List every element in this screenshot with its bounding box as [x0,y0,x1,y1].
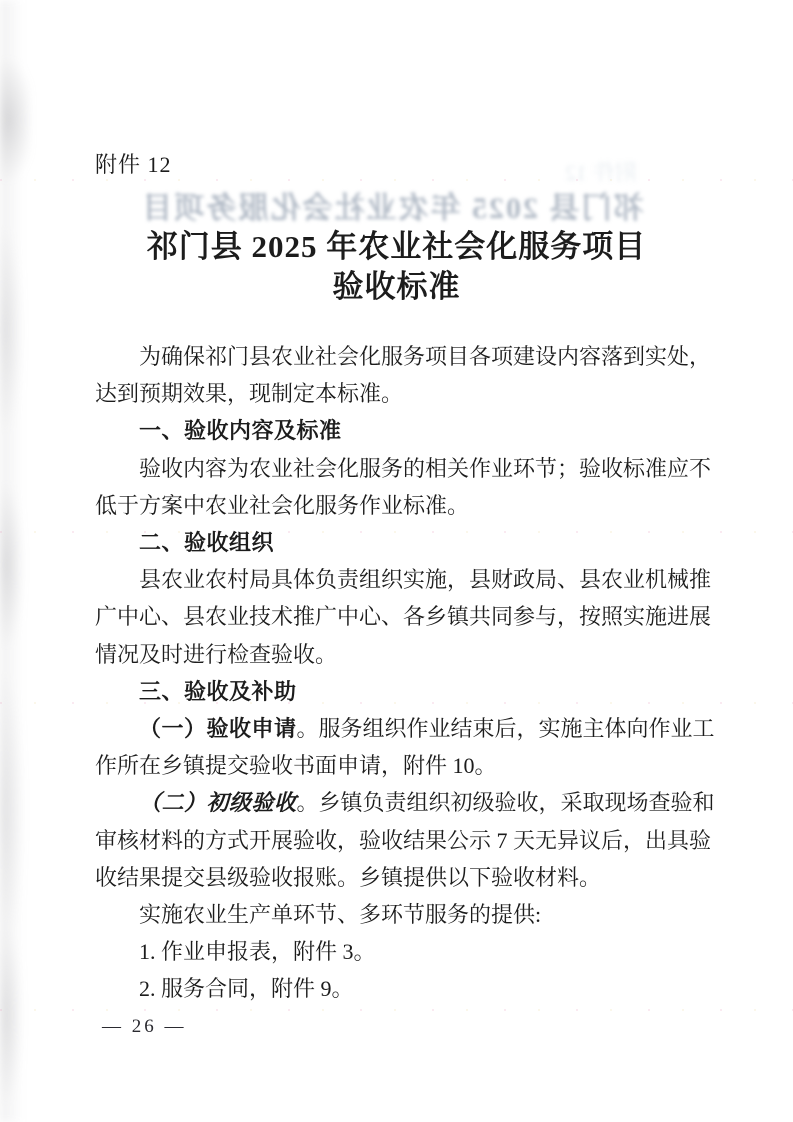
text-run: 2. 服务合同，附件 9。 [139,976,354,1001]
body-line: 实施农业生产单环节、多环节服务的提供: [95,896,707,933]
text-run: 二、验收组织 [139,530,274,555]
document-title-line2: 验收标准 [0,261,793,306]
text-run: 情况及时进行检查验收。 [95,642,337,667]
body-line: 达到预期效果，现制定本标准。 [95,375,707,412]
attachment-label: 附件 12 [95,148,172,179]
text-run: 达到预期效果，现制定本标准。 [95,381,403,406]
text-run: 县农业农村局具体负责组织实施，县财政局、县农业机械推 [139,567,711,592]
body-line: 二、验收组织 [95,524,707,561]
body-line: 低于方案中农业社会化服务作业标准。 [95,487,707,524]
text-run: 实施农业生产单环节、多环节服务的提供: [139,902,541,927]
text-run: 。乡镇负责组织初级验收，采取现场查验和 [297,790,715,815]
bleed-through-attachment-label: 附件 12 [565,156,637,187]
text-run: 为确保祁门县农业社会化服务项目各项建设内容落到实处， [139,344,711,369]
text-run: （一）验收申请 [139,716,297,741]
text-run: 作所在乡镇提交验收书面申请，附件 10。 [95,753,497,778]
text-run: 。服务组织作业结束后，实施主体向作业工 [297,716,715,741]
text-run: 广中心、县农业技术推广中心、各乡镇共同参与，按照实施进展 [95,604,711,629]
text-run: 验收内容为农业社会化服务的相关作业环节；验收标准应不 [139,456,711,481]
document-body: 为确保祁门县农业社会化服务项目各项建设内容落到实处，达到预期效果，现制定本标准。… [95,338,707,1008]
body-line: （二）初级验收。乡镇负责组织初级验收，采取现场查验和 [95,784,707,821]
document-title-line1: 祁门县 2025 年农业社会化服务项目 [0,221,793,266]
body-line: 为确保祁门县农业社会化服务项目各项建设内容落到实处， [95,338,707,375]
body-line: 审核材料的方式开展验收，验收结果公示 7 天无异议后，出具验 [95,822,707,859]
text-run: 1. 作业申报表，附件 3。 [139,939,376,964]
text-run: 一、验收内容及标准 [139,418,342,443]
text-run: 三、验收及补助 [139,679,297,704]
body-line: 县农业农村局具体负责组织实施，县财政局、县农业机械推 [95,561,707,598]
body-line: 2. 服务合同，附件 9。 [95,970,707,1007]
body-line: 三、验收及补助 [95,673,707,710]
text-run: 收结果提交县级验收报账。乡镇提供以下验收材料。 [95,865,601,890]
text-run: 低于方案中农业社会化服务作业标准。 [95,493,469,518]
body-line: 收结果提交县级验收报账。乡镇提供以下验收材料。 [95,859,707,896]
body-line: 验收内容为农业社会化服务的相关作业环节；验收标准应不 [95,450,707,487]
body-line: 1. 作业申报表，附件 3。 [95,933,707,970]
body-line: 作所在乡镇提交验收书面申请，附件 10。 [95,747,707,784]
text-run: 审核材料的方式开展验收，验收结果公示 7 天无异议后，出具验 [95,828,711,853]
scanned-document-page: 附件 12 祁门县 2025 年农业社会化服务项目 附件 12 祁门县 2025… [0,0,793,1122]
body-line: 一、验收内容及标准 [95,412,707,449]
body-line: 广中心、县农业技术推广中心、各乡镇共同参与，按照实施进展 [95,598,707,635]
page-number: — 26 — [102,1016,187,1038]
scan-speckle-row [0,1009,793,1011]
body-line: 情况及时进行检查验收。 [95,636,707,673]
body-line: （一）验收申请。服务组织作业结束后，实施主体向作业工 [95,710,707,747]
scan-speckle-row [0,179,793,181]
text-run: （二）初级验收 [139,790,297,815]
scan-edge-smudge-artifact [0,0,30,1122]
